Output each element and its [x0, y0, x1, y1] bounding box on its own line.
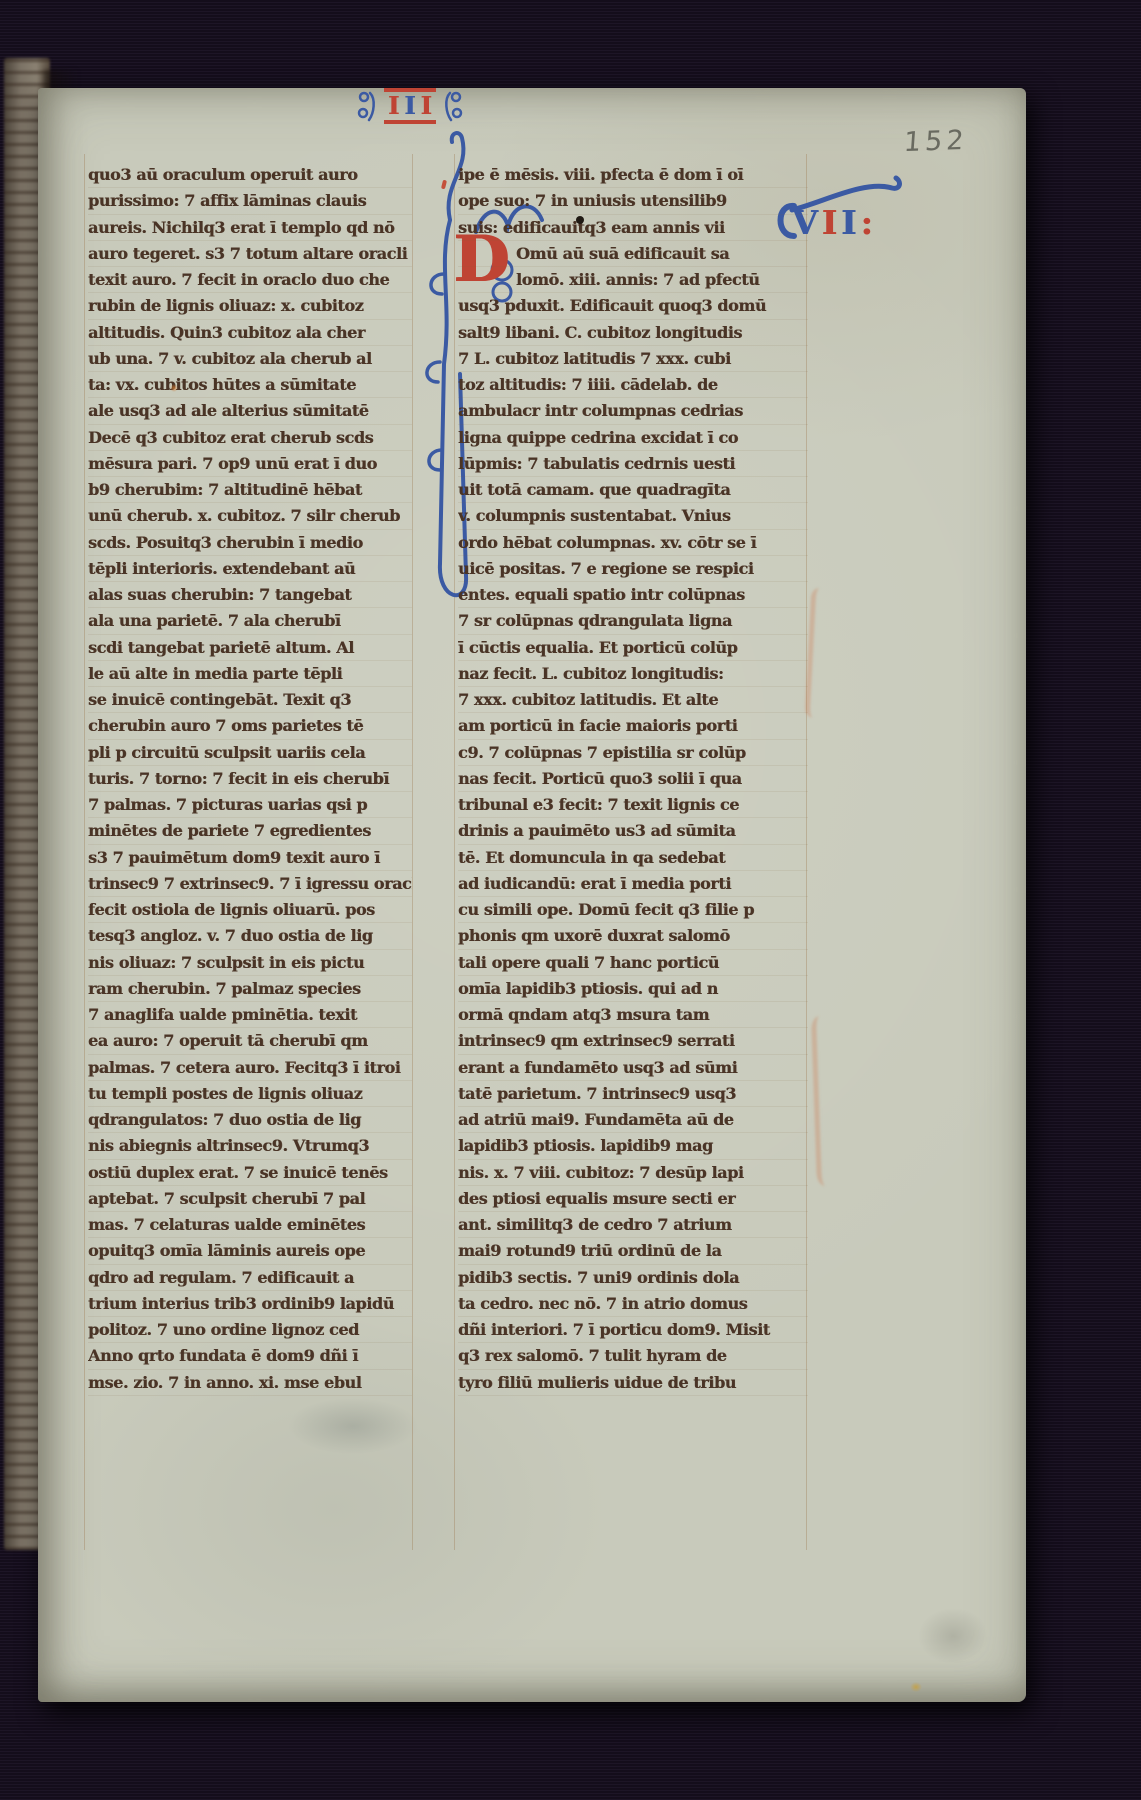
text-line: am porticū in facie maioris porti [458, 713, 808, 739]
text-line: lūpmis: 7 tabulatis cedrnis uesti [458, 451, 808, 477]
stain-yellow [910, 1682, 922, 1692]
text-line: aureis. Nichilq3 erat ī templo qd nō [88, 215, 412, 241]
text-line: ale usq3 ad ale alterius sūmitatē [88, 398, 412, 424]
text-line: tatē parietum. 7 intrinsec9 usq3 [458, 1081, 808, 1107]
text-line: tali opere quali 7 hanc porticū [458, 950, 808, 976]
text-line: alas suas cherubin: 7 tangebat [88, 582, 412, 608]
text-line: s3 7 pauimētum dom9 texit auro ī [88, 845, 412, 871]
text-line: aptebat. 7 sculpsit cherubī 7 pal [88, 1186, 412, 1212]
numeral-letter: : [860, 206, 872, 240]
text-line: ala una parietē. 7 ala cherubī [88, 608, 412, 634]
text-line: cu simili ope. Domū fecit q3 filie p [458, 897, 808, 923]
text-line: mai9 rotund9 triū ordinū de la [458, 1238, 808, 1264]
numeral-letter: I [822, 206, 837, 240]
text-line: ligna quippe cedrina excidat ī co [458, 425, 808, 451]
text-line: trium interius trib3 ordinib9 lapidū [88, 1291, 412, 1317]
manuscript-page: III 152 VII: D quo3 aū oraculum operuit … [38, 88, 1026, 1702]
text-line: 7 sr colūpnas qdrangulata ligna [458, 608, 808, 634]
numeral-letter: I [388, 94, 399, 118]
text-line: turis. 7 torno: 7 fecit in eis cherubī [88, 766, 412, 792]
text-line: cherubin auro 7 oms parietes tē [88, 713, 412, 739]
text-line: salt9 libani. C. cubitoz longitudis [458, 320, 808, 346]
running-header-book-numeral: III [356, 88, 464, 124]
text-line: ambulacr intr columpnas cedrias [458, 398, 808, 424]
text-line: mēsura pari. 7 op9 unū erat ī duo [88, 451, 412, 477]
text-line: ormā qndam atq3 msura tam [458, 1002, 808, 1028]
text-line: dñi interiori. 7 ī porticu dom9. Misit [458, 1317, 808, 1343]
numeral-letter: I [420, 94, 431, 118]
header-flourish-left-icon [356, 89, 378, 123]
text-line: ī cūctis equalia. Et porticū colūp [458, 635, 808, 661]
text-line: Anno qrto fundata ē dom9 dñi ī [88, 1343, 412, 1369]
red-offset-mark [811, 1016, 838, 1187]
text-line: ram cherubin. 7 palmaz species [88, 976, 412, 1002]
red-offset-mark [805, 588, 833, 719]
red-paraph-tick [441, 180, 447, 190]
stain-orange-dot [170, 384, 178, 392]
text-line: Decē q3 cubitoz erat cherub scds [88, 425, 412, 451]
text-line: 7 L. cubitoz latitudis 7 xxx. cubi [458, 346, 808, 372]
text-line: purissimo: 7 affix lāminas clauis [88, 188, 412, 214]
text-line: fecit ostiola de lignis oliuarū. pos [88, 897, 412, 923]
text-line: nis abiegnis altrinsec9. Vtrumq3 [88, 1133, 412, 1159]
text-line: ub una. 7 v. cubitoz ala cherub al [88, 346, 412, 372]
text-line: ope suo: 7 in uniusis utensilib9 [458, 188, 808, 214]
text-line: nis oliuaz: 7 sculpsit in eis pictu [88, 950, 412, 976]
text-line: suis: edificauitq3 eam annis vii [458, 215, 808, 241]
text-line: scdi tangebat parietē altum. Al [88, 635, 412, 661]
text-line: lapidib3 ptiosis. lapidib9 mag [458, 1133, 808, 1159]
text-line: toz altitudis: 7 iiii. cādelab. de [458, 372, 808, 398]
text-line: minētes de pariete 7 egredientes [88, 818, 412, 844]
text-line: phonis qm uxorē duxrat salomō [458, 923, 808, 949]
text-line: scds. Posuitq3 cherubin ī medio [88, 530, 412, 556]
header-flourish-right-icon [442, 89, 464, 123]
text-line: q3 rex salomō. 7 tulit hyram de [458, 1343, 808, 1369]
text-line: ad atriū mai9. Fundamēta aū de [458, 1107, 808, 1133]
text-line: mas. 7 celaturas ualde eminētes [88, 1212, 412, 1238]
text-line: ta: vx. cubitos hūtes a sūmitate [88, 372, 412, 398]
text-line: rubin de lignis oliuaz: x. cubitoz [88, 293, 412, 319]
text-line: unū cherub. x. cubitoz. 7 silr cherub [88, 503, 412, 529]
manuscript-photo: { "photo": { "background_color": "#140d1… [0, 0, 1141, 1800]
text-line: tesq3 angloz. v. 7 duo ostia de lig [88, 923, 412, 949]
text-line: c9. 7 colūpnas 7 epistilia sr colūp [458, 740, 808, 766]
text-line: intrinsec9 qm extrinsec9 serrati [458, 1028, 808, 1054]
stain-gray [918, 1608, 988, 1664]
text-column-left: quo3 aū oraculum operuit auropurissimo: … [88, 162, 412, 1396]
text-line: ipe ē mēsis. viii. pfecta ē dom ī oī [458, 162, 808, 188]
ruling-line-vertical [84, 154, 85, 1550]
text-line: naz fecit. L. cubitoz longitudis: [458, 661, 808, 687]
text-line: uit totā camam. que quadragīta [458, 477, 808, 503]
text-line: palmas. 7 cetera auro. Fecitq3 ī itroi [88, 1055, 412, 1081]
ruling-line-vertical [454, 154, 455, 1550]
text-line: 7 palmas. 7 picturas uarias qsi p [88, 792, 412, 818]
text-line: b9 cherubim: 7 altitudinē hēbat [88, 477, 412, 503]
text-line: tē. Et domuncula in qa sedebat [458, 845, 808, 871]
text-line: politoz. 7 uno ordine lignoz ced [88, 1317, 412, 1343]
text-line: tyro filiū mulieris uidue de tribu [458, 1370, 808, 1396]
text-line: ea auro: 7 operuit tā cherubī qm [88, 1028, 412, 1054]
text-line: opuitq3 omīa lāminis aureis ope [88, 1238, 412, 1264]
stain-smudge [288, 1398, 418, 1454]
text-line: tu templi postes de lignis oliuaz [88, 1081, 412, 1107]
text-line: tēpli interioris. extendebant aū [88, 556, 412, 582]
text-line: des ptiosi equalis msure secti er [458, 1186, 808, 1212]
folio-number: 152 [903, 125, 969, 158]
text-line: qdrangulatos: 7 duo ostia de lig [88, 1107, 412, 1133]
text-line: ta cedro. nec nō. 7 in atrio domus [458, 1291, 808, 1317]
text-line: mse. zio. 7 in anno. xi. mse ebul [88, 1370, 412, 1396]
text-line: le aū alte in media parte tēpli [88, 661, 412, 687]
text-line: qdro ad regulam. 7 edificauit a [88, 1265, 412, 1291]
text-line: uicē positas. 7 e regione se respici [458, 556, 808, 582]
text-line: drinis a pauimēto us3 ad sūmita [458, 818, 808, 844]
text-line: 7 xxx. cubitoz latitudis. Et alte [458, 687, 808, 713]
text-line: texit auro. 7 fecit in oraclo duo che [88, 267, 412, 293]
text-line: ant. similitq3 de cedro 7 atrium [458, 1212, 808, 1238]
text-line: 7 anaglifa ualde pminētia. texit [88, 1002, 412, 1028]
text-line: nas fecit. Porticū quo3 solii ī qua [458, 766, 808, 792]
running-header-letters: III [384, 88, 436, 124]
text-line: ostiū duplex erat. 7 se inuicē tenēs [88, 1160, 412, 1186]
text-line: pidib3 sectis. 7 uni9 ordinis dola [458, 1265, 808, 1291]
text-line: erant a fundamēto usq3 ad sūmi [458, 1055, 808, 1081]
numeral-letter: I [404, 94, 415, 118]
text-line: ad iudicandū: erat ī media porti [458, 871, 808, 897]
text-line: se inuicē contingebāt. Texit q3 [88, 687, 412, 713]
text-line: omīa lapidib3 ptiosis. qui ad n [458, 976, 808, 1002]
text-line: pli p circuitū sculpsit uariis cela [88, 740, 412, 766]
text-line: nis. x. 7 viii. cubitoz: 7 desūp lapi [458, 1160, 808, 1186]
text-line: quo3 aū oraculum operuit auro [88, 162, 412, 188]
text-line: ordo hēbat columpnas. xv. cōtr se ī [458, 530, 808, 556]
text-line: altitudis. Quin3 cubitoz ala cher [88, 320, 412, 346]
text-line: trinsec9 7 extrinsec9. 7 ī igressu oracl… [88, 871, 412, 897]
text-line: auro tegeret. s3 7 totum altare oracli [88, 241, 412, 267]
ink-blot [576, 216, 584, 224]
text-line: usq3 pduxit. Edificauit quoq3 domū [458, 293, 808, 319]
ruling-line-vertical [412, 154, 413, 1550]
text-line: Omū aū suā edificauit sa [458, 241, 808, 267]
text-line: lomō. xiii. annis: 7 ad pfectū [458, 267, 808, 293]
numeral-letter: I [841, 206, 856, 240]
text-line: v. columpnis sustentabat. Vnius [458, 503, 808, 529]
text-column-right: ipe ē mēsis. viii. pfecta ē dom ī oīope … [458, 162, 808, 1396]
text-line: entes. equali spatio intr colūpnas [458, 582, 808, 608]
text-line: tribunal e3 fecit: 7 texit lignis ce [458, 792, 808, 818]
